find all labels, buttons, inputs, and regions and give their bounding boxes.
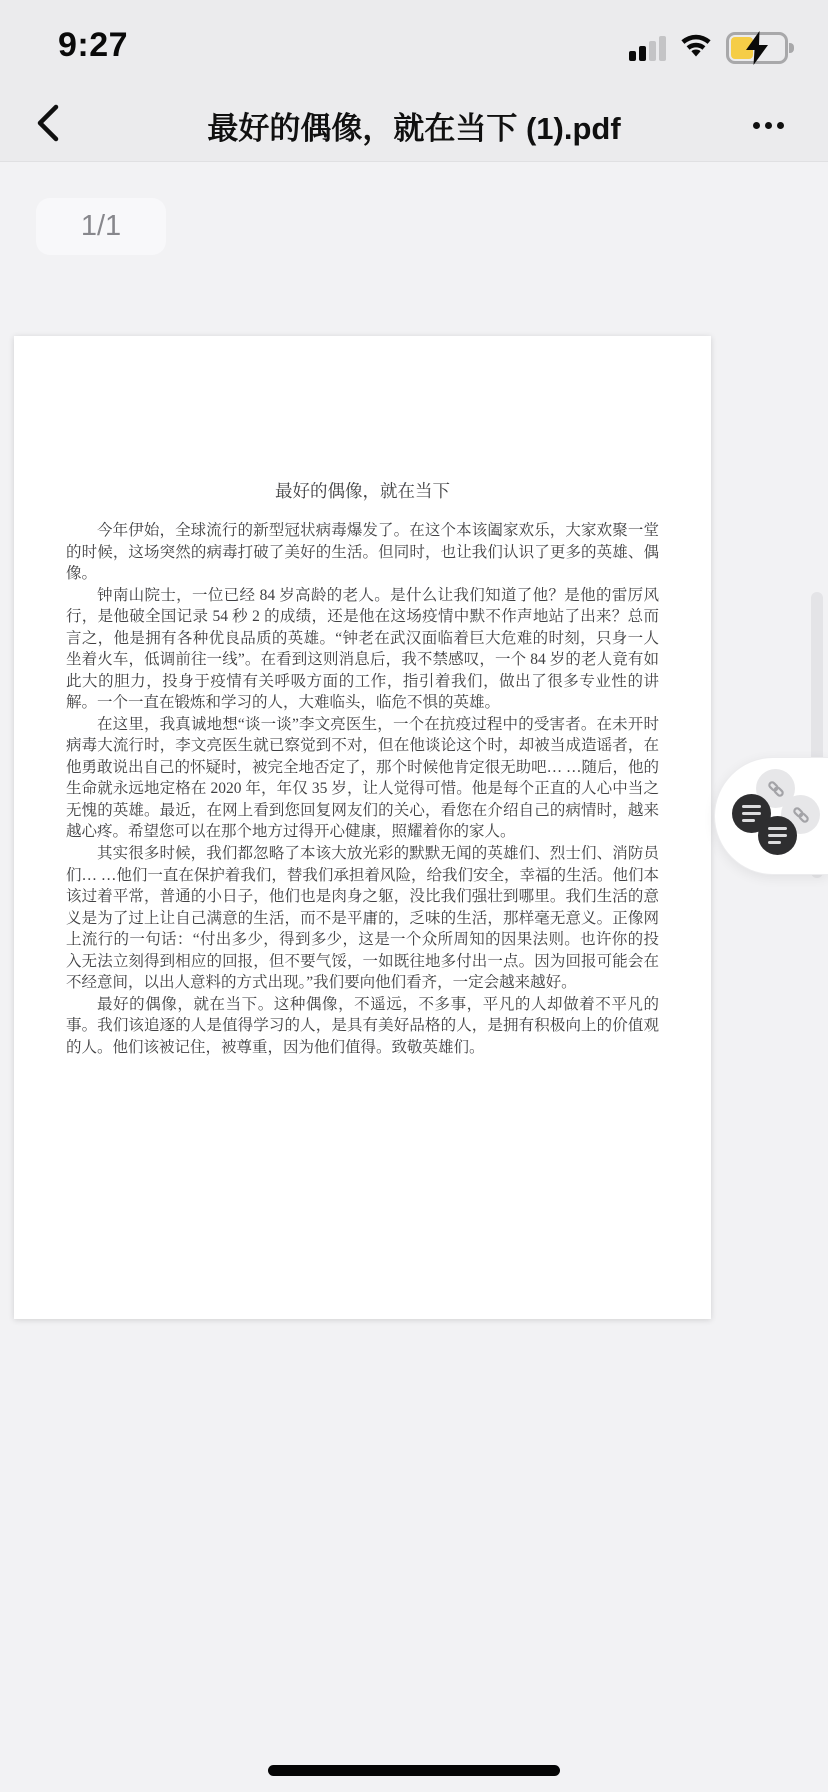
cellular-signal-icon: [629, 35, 666, 61]
pdf-document-body: 今年伊始，全球流行的新型冠状病毒爆发了。在这个本该阖家欢乐，大家欢聚一堂的时候，…: [66, 520, 659, 1058]
status-bar: 9:27: [0, 0, 828, 88]
paragraph: 其实很多时候，我们都忽略了本该大放光彩的默默无闻的英雄们、烈士们、消防员们… ……: [66, 843, 659, 994]
wifi-icon: [678, 32, 714, 65]
floating-tools-widget[interactable]: [714, 757, 828, 875]
ellipsis-icon: [753, 122, 760, 129]
paragraph: 今年伊始，全球流行的新型冠状病毒爆发了。在这个本该阖家欢乐，大家欢聚一堂的时候，…: [66, 520, 659, 585]
document-title: 最好的偶像，就在当下 (1).pdf: [90, 88, 738, 162]
page-indicator-badge: 1/1: [36, 198, 166, 255]
page-indicator-label: 1/1: [81, 210, 121, 243]
back-button[interactable]: [26, 103, 70, 147]
nav-bar: 最好的偶像，就在当下 (1).pdf: [0, 88, 828, 162]
screen: 9:27: [0, 0, 828, 1792]
pdf-page[interactable]: 最好的偶像，就在当下 今年伊始，全球流行的新型冠状病毒爆发了。在这个本该阖家欢乐…: [14, 336, 711, 1319]
pdf-document-heading: 最好的偶像，就在当下: [14, 478, 711, 503]
more-options-button[interactable]: [738, 103, 798, 147]
home-indicator[interactable]: [268, 1765, 560, 1776]
paragraph: 最好的偶像，就在当下。这种偶像，不遥远，不多事，平凡的人却做着不平凡的事。我们该…: [66, 994, 659, 1059]
notes-icon[interactable]: [758, 816, 797, 855]
paragraph: 在这里，我真诚地想“谈一谈”李文亮医生，一个在抗疫过程中的受害者。在未开时病毒大…: [66, 714, 659, 843]
back-chevron-icon: [36, 103, 60, 148]
battery-charging-icon: [726, 32, 798, 64]
status-icons: [629, 30, 798, 66]
clock: 9:27: [58, 26, 128, 65]
charging-bolt-icon: [742, 30, 772, 71]
paragraph: 钟南山院士，一位已经 84 岁高龄的老人。是什么让我们知道了他？是他的雷厉风行，…: [66, 585, 659, 714]
